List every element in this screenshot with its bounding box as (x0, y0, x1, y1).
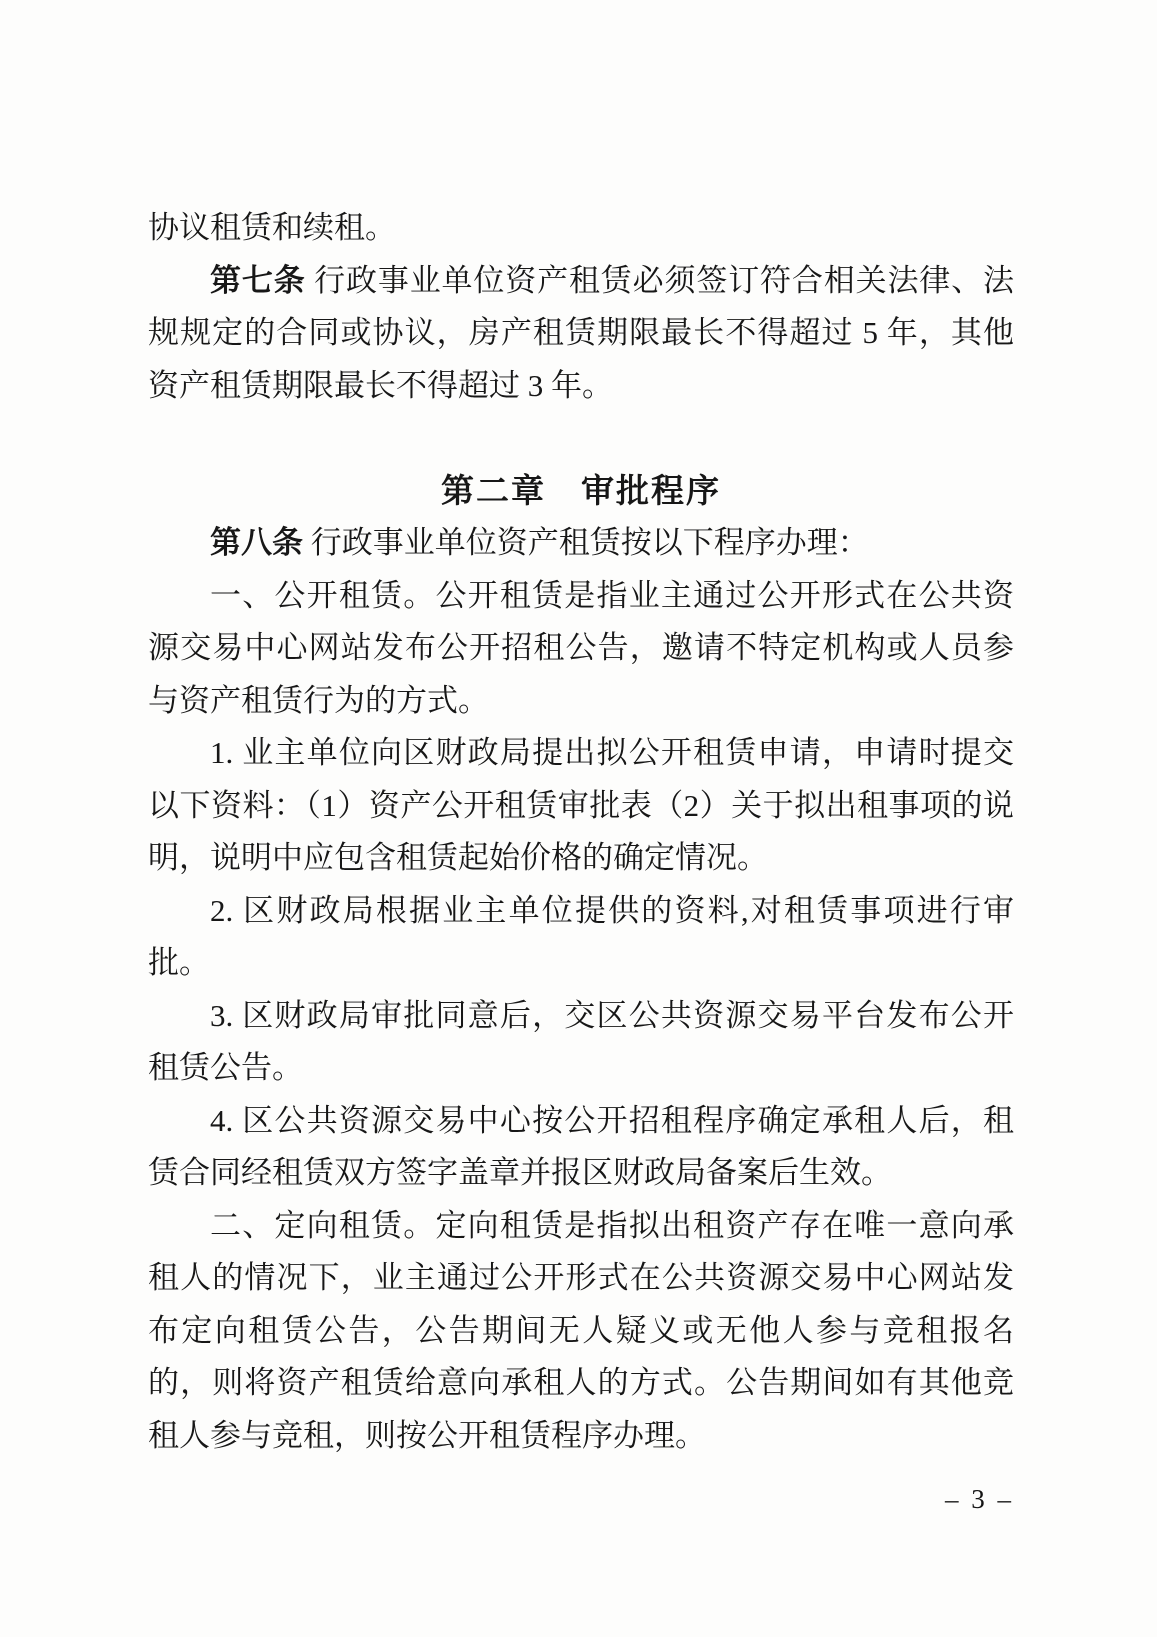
paragraph: 2. 区财政局根据业主单位提供的资料,对租赁事项进行审批。 (148, 885, 1014, 990)
chapter-heading: 第二章 审批程序 (148, 465, 1014, 518)
paragraph: 一、公开租赁。公开租赁是指业主通过公开形式在公共资源交易中心网站发布公开招租公告… (148, 570, 1014, 728)
article-number: 第八条 (210, 525, 303, 560)
paragraph: 3. 区财政局审批同意后，交区公共资源交易平台发布公开租赁公告。 (148, 990, 1014, 1095)
document-content: 协议租赁和续租。第七条 行政事业单位资产租赁必须签订符合相关法律、法规规定的合同… (148, 202, 1014, 1462)
page-number: – 3 – (942, 1484, 1017, 1514)
paragraph: 4. 区公共资源交易中心按公开招租程序确定承租人后，租赁合同经租赁双方签字盖章并… (148, 1095, 1014, 1200)
article-number: 第七条 (210, 263, 306, 298)
paragraph: 第八条 行政事业单位资产租赁按以下程序办理： (148, 517, 1014, 570)
paragraph: 二、定向租赁。定向租赁是指拟出租资产存在唯一意向承租人的情况下，业主通过公开形式… (148, 1200, 1014, 1463)
paragraph: 1. 业主单位向区财政局提出拟公开租赁申请，申请时提交以下资料：（1）资产公开租… (148, 727, 1014, 885)
blank-line (148, 412, 1014, 465)
paragraph: 第七条 行政事业单位资产租赁必须签订符合相关法律、法规规定的合同或协议，房产租赁… (148, 255, 1014, 413)
document-page: 协议租赁和续租。第七条 行政事业单位资产租赁必须签订符合相关法律、法规规定的合同… (0, 0, 1157, 1637)
paragraph: 协议租赁和续租。 (148, 202, 1014, 255)
